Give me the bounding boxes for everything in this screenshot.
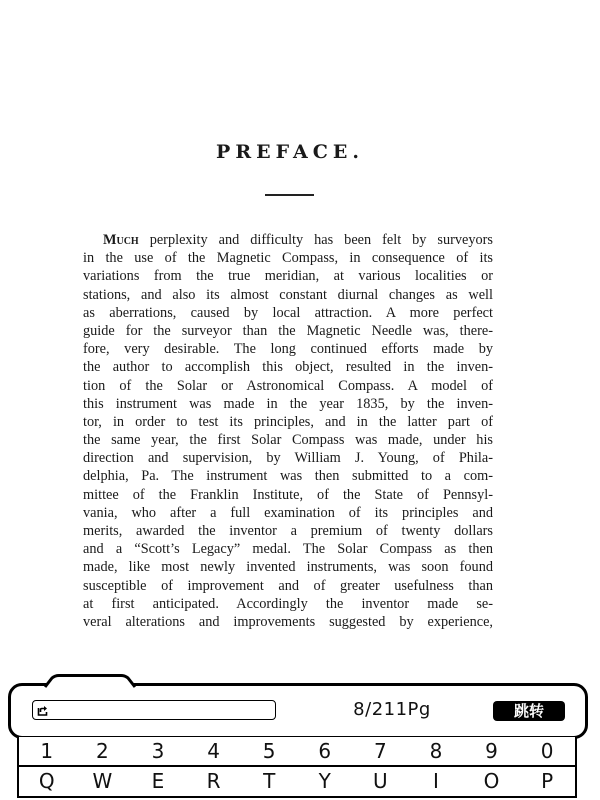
key-t[interactable]: T — [241, 767, 297, 796]
key-e[interactable]: E — [130, 767, 186, 796]
page-number-input[interactable] — [51, 702, 271, 718]
text-line: vania, who after a full examination of i… — [83, 504, 493, 522]
key-o[interactable]: O — [464, 767, 520, 796]
text-line: Much perplexity and difficulty has been … — [83, 231, 493, 249]
text-line: the author to accomplish this object, re… — [83, 358, 493, 376]
jump-button[interactable]: 跳转 — [493, 701, 565, 721]
key-0[interactable]: 0 — [519, 737, 575, 765]
text-line: in the use of the Magnetic Compass, in c… — [83, 249, 493, 267]
text-line: guide for the surveyor than the Magnetic… — [83, 322, 493, 340]
go-to-page-icon — [37, 705, 48, 716]
body-paragraph: Much perplexity and difficulty has been … — [83, 231, 493, 631]
key-3[interactable]: 3 — [130, 737, 186, 765]
text-line: merits, awarded the inventor a premium o… — [83, 522, 493, 540]
key-4[interactable]: 4 — [186, 737, 242, 765]
text-line: tion of the Solar or Astronomical Compas… — [83, 377, 493, 395]
key-w[interactable]: W — [75, 767, 131, 796]
key-1[interactable]: 1 — [19, 737, 75, 765]
keyboard-row-letters: Q W E R T Y U I O P — [19, 765, 575, 796]
key-y[interactable]: Y — [297, 767, 353, 796]
key-9[interactable]: 9 — [464, 737, 520, 765]
key-8[interactable]: 8 — [408, 737, 464, 765]
key-5[interactable]: 5 — [241, 737, 297, 765]
text-line: fore, very desirable. The long continued… — [83, 340, 493, 358]
key-7[interactable]: 7 — [353, 737, 409, 765]
text-line: susceptible of improvement and of greate… — [83, 577, 493, 595]
key-i[interactable]: I — [408, 767, 464, 796]
key-p[interactable]: P — [519, 767, 575, 796]
drop-word: Much — [103, 232, 139, 248]
text-line: tor, in order to test its principles, an… — [83, 413, 493, 431]
key-r[interactable]: R — [186, 767, 242, 796]
text-line: the same year, the first Solar Compass w… — [83, 431, 493, 449]
text-line: and a “Scott’s Legacy” medal. The Solar … — [83, 540, 493, 558]
title-divider — [265, 194, 314, 196]
panel-tab-cover — [55, 683, 127, 687]
text-line: mittee of the Franklin Institute, of the… — [83, 486, 493, 504]
text-line: stations, and also its almost constant d… — [83, 286, 493, 304]
text-line: this instrument was made in the year 183… — [83, 395, 493, 413]
text-line: as aberrations, caused by local attracti… — [83, 304, 493, 322]
text-line: made, like most newly invented instrumen… — [83, 558, 493, 576]
text-line: veral alterations and improvements sugge… — [83, 613, 493, 631]
chapter-title: PREFACE. — [0, 141, 580, 163]
text-line: at first anticipated. Accordingly the in… — [83, 595, 493, 613]
key-u[interactable]: U — [353, 767, 409, 796]
key-6[interactable]: 6 — [297, 737, 353, 765]
keyboard-row-numbers: 1 2 3 4 5 6 7 8 9 0 — [19, 737, 575, 765]
onscreen-keyboard: 1 2 3 4 5 6 7 8 9 0 Q W E R T Y U I O P — [17, 737, 577, 798]
text-line: variations from the true meridian, at va… — [83, 267, 493, 285]
page-indicator: 8/211Pg — [330, 699, 454, 720]
key-2[interactable]: 2 — [75, 737, 131, 765]
text-line: direction and supervision, by William J.… — [83, 449, 493, 467]
text-line: delphia, Pa. The instrument was then sub… — [83, 467, 493, 485]
page-number-field[interactable] — [32, 700, 276, 720]
key-q[interactable]: Q — [19, 767, 75, 796]
